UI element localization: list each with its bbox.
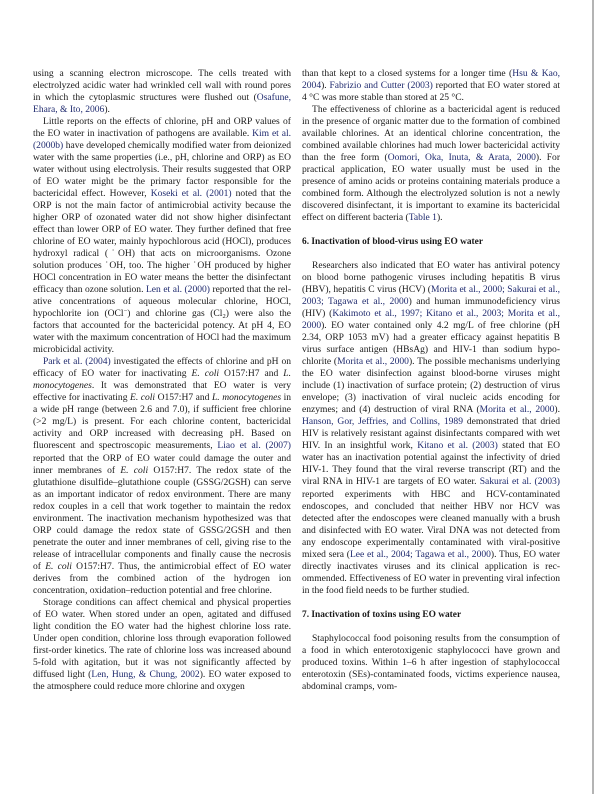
paragraph-storage-continued: than that kept to a closed systems for a… (302, 68, 560, 104)
citation-oomori-2000[interactable]: Oomori, Oka, Inuta, & Arata, 2000 (388, 152, 536, 163)
text: Storage conditions can affect chemical a… (33, 597, 291, 680)
text: than that kept to a closed systems for a… (302, 68, 512, 79)
paragraph-sem-observation: using a scanning electron microscope. Th… (33, 68, 291, 116)
species-name: L. mon­ocytogenes (212, 392, 281, 403)
right-column: than that kept to a closed systems for a… (302, 68, 560, 693)
section-heading-6: 6. Inactivation of blood-virus using EO … (302, 236, 560, 248)
paragraph-chlorine-ph-orp: Little reports on the effects of chlorin… (33, 116, 291, 356)
citation-len-2002[interactable]: Len, Hung, & Chung, 2002 (91, 669, 199, 680)
paragraph-storage-conditions: Storage conditions can affect chemical a… (33, 597, 291, 693)
text: using a scanning electron microscope. Th… (33, 68, 291, 103)
page-edge-divider (592, 0, 594, 794)
species-name: E. coli (45, 561, 72, 572)
paragraph-blood-virus: Researchers also indicated that EO water… (302, 260, 560, 596)
text: ). (437, 212, 443, 223)
species-name: E. coli (192, 368, 220, 379)
text: noted that the ORP is not the main facto… (33, 188, 291, 295)
paragraph-staphylococcal: Staphylococcal food poisoning results fr… (302, 633, 560, 693)
species-name: E. coli (120, 465, 148, 476)
table-1-link[interactable]: Table 1 (409, 212, 437, 223)
left-column: using a scanning electron microscope. Th… (33, 68, 291, 693)
citation-koseki-2001[interactable]: Koseki et al. (2001) (151, 188, 232, 199)
text: O157:H7 and (155, 392, 212, 403)
citation-fabrizio-2003[interactable]: Fabrizio and Cutter (2003) (329, 80, 432, 91)
text: O157:H7. The redox state of the glutathi… (33, 465, 291, 572)
paragraph-park-2004: Park et al. (2004) investigated the effe… (33, 356, 291, 596)
citation-len-2000[interactable]: Len et al. (2000) (146, 284, 210, 295)
species-name: E. coli (130, 392, 155, 403)
citation-sakurai-2003[interactable]: Sakurai et al. (2003) (480, 476, 560, 487)
citation-hanson-1989[interactable]: Hanson, Gor, Jeffries, and Collins, 1989 (302, 416, 463, 427)
text: ). (104, 104, 110, 115)
text: Staphylococcal food poisoning results fr… (302, 633, 560, 692)
citation-lee-tagawa[interactable]: Lee et al., 2004; Tagawa et al., 2000 (350, 549, 491, 560)
text: O157:H7. Thus, the antimicrobial effect … (33, 561, 291, 596)
citation-liao-2007[interactable]: Liao et al. (2007) (217, 440, 291, 451)
text: ) and chlorine gas (Cl (127, 308, 222, 319)
citation-morita-2000[interactable]: Morita et al., 2000 (480, 404, 555, 415)
text: O157:H7 and (219, 368, 283, 379)
section-heading-7: 7. Inactivation of toxins using EO water (302, 609, 560, 621)
text: ). (554, 404, 560, 415)
citation-morita-2000[interactable]: Morita et al., 2000 (337, 356, 409, 367)
paragraph-chlorine-effectiveness: The effectiveness of chlorine as a bacte… (302, 104, 560, 224)
citation-kitano-2003[interactable]: Kitano et al. (2003) (417, 440, 498, 451)
citation-park-2004[interactable]: Park et al. (2004) (43, 356, 111, 367)
